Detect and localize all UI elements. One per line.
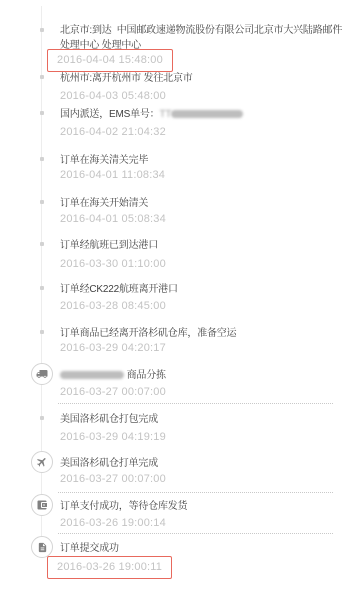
entry-date: 2016-04-03 05:48:00 xyxy=(60,90,166,103)
timeline-dot xyxy=(40,28,44,32)
entry-date: 2016-03-27 00:07:00 xyxy=(60,386,166,399)
entry-title-text: 国内派送，EMS单号： xyxy=(60,109,159,120)
entry-title: 订单商品已经离开洛杉矶仓库，准备空运 xyxy=(60,326,354,342)
timeline-entry: 订单经航班已到达港口 2016-03-30 01:10:00 xyxy=(0,238,360,254)
entry-title: 商品分拣 xyxy=(60,368,354,384)
timeline-dot xyxy=(40,286,44,290)
entry-title: 订单在海关开始清关 xyxy=(60,196,354,212)
entry-title: 订单在海关清关完毕 xyxy=(60,153,354,169)
timeline-dot xyxy=(40,75,44,79)
redacted-merchant-name xyxy=(60,370,124,381)
wallet-icon xyxy=(31,494,53,516)
timeline-entry: 订单经CK222航班离开港口 2016-03-28 08:45:00 xyxy=(0,282,360,298)
redaction-bar xyxy=(171,110,243,118)
timeline-entry: 订单在海关清关完毕 2016-04-01 11:08:34 xyxy=(0,153,360,169)
plane-icon xyxy=(31,451,53,473)
entry-title: 国内派送，EMS单号：TT xyxy=(60,107,354,123)
timeline-entry: 杭州市:离开杭州市 发往北京市 2016-04-03 05:48:00 xyxy=(0,71,360,87)
entry-date: 2016-03-29 04:19:19 xyxy=(60,431,166,444)
entry-title: 美国洛杉矶仓打包完成 xyxy=(60,412,354,428)
redacted-tracking-number: TT xyxy=(159,109,243,120)
timeline-dot xyxy=(40,242,44,246)
entry-date-highlighted: 2016-03-26 19:00:11 xyxy=(47,556,172,579)
timeline-dot xyxy=(40,416,44,420)
timeline-entry: 国内派送，EMS单号：TT 2016-04-02 21:04:32 xyxy=(0,107,360,123)
timeline-entry: 订单商品已经离开洛杉矶仓库，准备空运 2016-03-29 04:20:17 xyxy=(0,326,360,342)
entry-title: 订单支付成功，等待仓库发货 xyxy=(60,499,354,515)
entry-date: 2016-04-02 21:04:32 xyxy=(60,126,166,139)
entry-date-highlighted: 2016-04-04 15:48:00 xyxy=(47,49,173,72)
timeline-dot xyxy=(40,200,44,204)
tracking-timeline-screen: 北京市:到达 中国邮政速递物流股份有限公司北京市大兴陆路邮件 处理中心 处理中心… xyxy=(0,0,360,600)
truck-icon xyxy=(31,363,53,385)
timeline-entry: 商品分拣 2016-03-27 00:07:00 xyxy=(0,368,360,384)
entry-title: 订单提交成功 xyxy=(60,541,354,557)
entry-title: 订单经航班已到达港口 xyxy=(60,238,354,254)
timeline-entry: 北京市:到达 中国邮政速递物流股份有限公司北京市大兴陆路邮件 处理中心 处理中心… xyxy=(0,23,360,53)
document-icon xyxy=(31,536,53,558)
entry-date: 2016-03-28 08:45:00 xyxy=(60,300,166,313)
entry-title: 订单经CK222航班离开港口 xyxy=(60,282,354,298)
redaction-bar xyxy=(60,371,124,379)
entry-title-text: 商品分拣 xyxy=(127,370,166,381)
dotted-divider xyxy=(58,533,333,534)
entry-date: 2016-03-27 00:07:00 xyxy=(60,473,166,486)
entry-date: 2016-04-01 05:08:34 xyxy=(60,213,166,226)
entry-date: 2016-04-01 11:08:34 xyxy=(60,169,165,182)
dotted-divider xyxy=(58,403,333,404)
entry-date: 2016-03-26 19:00:14 xyxy=(60,517,166,530)
entry-date: 2016-03-30 01:10:00 xyxy=(60,258,166,271)
redacted-prefix: TT xyxy=(159,109,171,120)
dotted-divider xyxy=(58,492,333,493)
timeline-entry: 订单在海关开始清关 2016-04-01 05:08:34 xyxy=(0,196,360,212)
timeline-dot xyxy=(40,111,44,115)
timeline-dot xyxy=(40,157,44,161)
entry-title: 杭州市:离开杭州市 发往北京市 xyxy=(60,71,354,87)
timeline-dot xyxy=(40,330,44,334)
entry-date: 2016-03-29 04:20:17 xyxy=(60,342,166,355)
timeline-entry: 订单支付成功，等待仓库发货 2016-03-26 19:00:14 xyxy=(0,499,360,515)
timeline-entry: 美国洛杉矶仓打单完成 2016-03-27 00:07:00 xyxy=(0,456,360,472)
entry-title: 美国洛杉矶仓打单完成 xyxy=(60,456,354,472)
timeline-entry: 订单提交成功 2016-03-26 19:00:11 xyxy=(0,541,360,557)
timeline-entry: 美国洛杉矶仓打包完成 2016-03-29 04:19:19 xyxy=(0,412,360,428)
